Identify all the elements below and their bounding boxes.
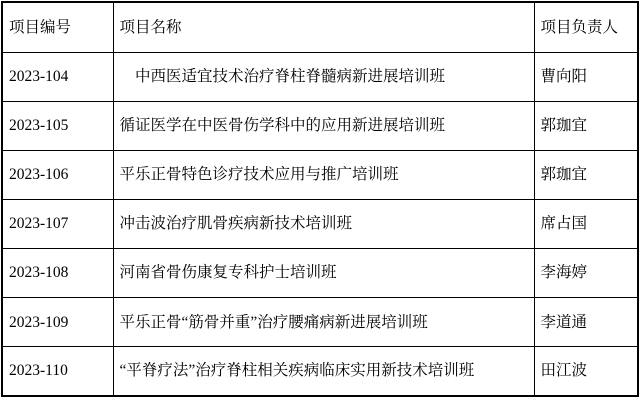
cell-project-id: 2023-106 [2,150,113,199]
cell-project-id: 2023-104 [2,52,113,101]
table-row: 2023-105 循证医学在中医骨伤学科中的应用新进展培训班 郭珈宜 [2,101,638,150]
table-row: 2023-104 中西医适宜技术治疗脊柱脊髓病新进展培训班 曹向阳 [2,52,638,101]
cell-project-id: 2023-109 [2,298,113,347]
table-row: 2023-106 平乐正骨特色诊疗技术应用与推广培训班 郭珈宜 [2,150,638,199]
cell-project-leader: 田江波 [534,347,638,396]
cell-project-id: 2023-108 [2,249,113,298]
document-page: 项目编号 项目名称 项目负责人 2023-104 中西医适宜技术治疗脊柱脊髓病新… [0,0,640,401]
cell-project-name: 平乐正骨“筋骨并重”治疗腰痛病新进展培训班 [113,298,534,347]
cell-project-name: “平脊疗法”治疗脊柱相关疾病临床实用新技术培训班 [113,347,534,396]
cell-project-leader: 郭珈宜 [534,150,638,199]
table-row: 2023-107 冲击波治疗肌骨疾病新技术培训班 席占国 [2,199,638,248]
cell-project-id: 2023-110 [2,347,113,396]
cell-project-leader: 郭珈宜 [534,101,638,150]
table-row: 2023-110 “平脊疗法”治疗脊柱相关疾病临床实用新技术培训班 田江波 [2,347,638,396]
cell-project-name: 中西医适宜技术治疗脊柱脊髓病新进展培训班 [113,52,534,101]
cell-project-id: 2023-105 [2,101,113,150]
cell-project-leader: 席占国 [534,199,638,248]
column-header-project-leader: 项目负责人 [534,2,638,52]
table-header-row: 项目编号 项目名称 项目负责人 [2,2,638,52]
cell-project-name: 平乐正骨特色诊疗技术应用与推广培训班 [113,150,534,199]
cell-project-name: 河南省骨伤康复专科护士培训班 [113,249,534,298]
cell-project-name: 冲击波治疗肌骨疾病新技术培训班 [113,199,534,248]
table-row: 2023-109 平乐正骨“筋骨并重”治疗腰痛病新进展培训班 李道通 [2,298,638,347]
cell-project-id: 2023-107 [2,199,113,248]
cell-project-leader: 李道通 [534,298,638,347]
project-table: 项目编号 项目名称 项目负责人 2023-104 中西医适宜技术治疗脊柱脊髓病新… [1,1,639,397]
cell-project-name: 循证医学在中医骨伤学科中的应用新进展培训班 [113,101,534,150]
cell-project-leader: 曹向阳 [534,52,638,101]
table-row: 2023-108 河南省骨伤康复专科护士培训班 李海婷 [2,249,638,298]
column-header-project-name: 项目名称 [113,2,534,52]
cell-project-leader: 李海婷 [534,249,638,298]
column-header-project-id: 项目编号 [2,2,113,52]
